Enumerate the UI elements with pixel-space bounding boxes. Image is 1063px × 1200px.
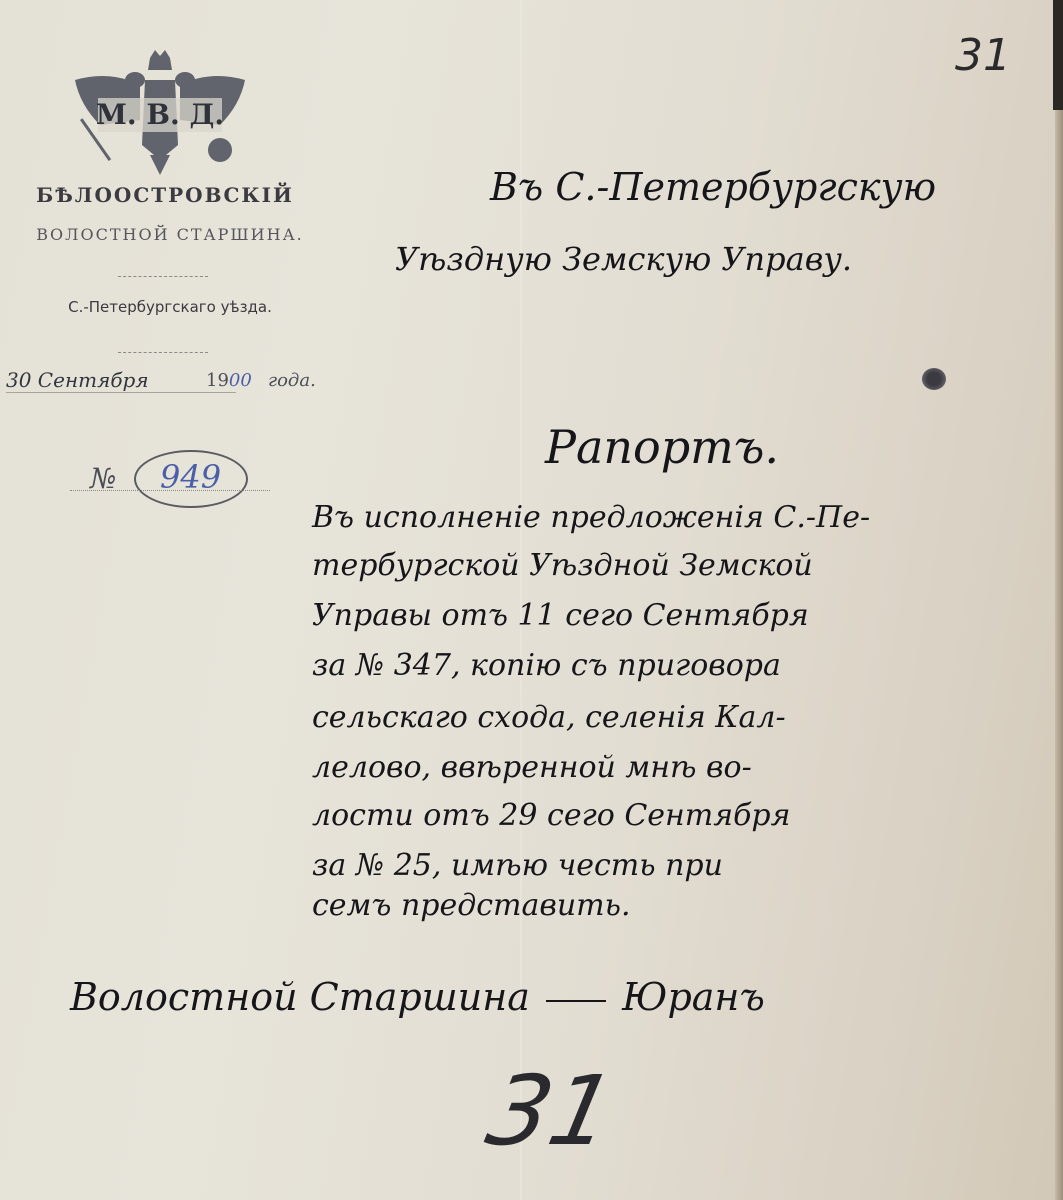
double-headed-eagle-icon: М. В. Д. xyxy=(60,50,260,180)
page-edge xyxy=(1055,0,1063,1200)
body-line: тербургской Уѣздной Земской xyxy=(312,548,813,583)
body-line: семъ представить. xyxy=(312,888,631,923)
body-line: сельскаго схода, селенія Кал- xyxy=(312,700,786,735)
body-line: за № 347, копію съ приговора xyxy=(312,648,781,683)
body-line: Управы отъ 11 сего Сентября xyxy=(312,598,809,633)
district-name: С.-Петербургскаго уѣзда. xyxy=(0,298,340,316)
divider xyxy=(118,276,208,277)
signature-dash xyxy=(546,1000,606,1002)
date-year: 1900 xyxy=(206,370,252,391)
ink-blot xyxy=(922,368,946,390)
date-underline xyxy=(6,392,236,393)
body-line: лелово, ввѣренной мнѣ во- xyxy=(312,750,752,785)
date-day-month: 30 Сентября xyxy=(6,368,149,392)
addressee-line-1: Въ С.-Петербургскую xyxy=(490,165,936,209)
folio-number-top: 31 xyxy=(955,30,1011,81)
document-page: 31 М. В. xyxy=(0,0,1063,1200)
page-edge-shadow xyxy=(1053,0,1063,110)
organization-subtitle: ВОЛОСТНОЙ СТАРШИНА. xyxy=(0,225,340,244)
date-line: 30 Сентября 1900 года. xyxy=(6,368,346,398)
document-title: Рапортъ. xyxy=(545,420,779,474)
svg-text:М. В. Д.: М. В. Д. xyxy=(96,98,224,131)
signature-name: Юранъ xyxy=(622,975,765,1019)
divider xyxy=(118,352,208,353)
folio-number-bottom: 31 xyxy=(478,1055,624,1167)
body-line: Въ исполненіе предложенія С.-Пе- xyxy=(312,500,870,535)
registration-number: № 949 xyxy=(90,450,250,506)
signature: Волостной Старшина Юранъ xyxy=(70,975,765,1019)
signature-title: Волостной Старшина xyxy=(70,975,530,1019)
organization-name: БѢЛООСТРОВСКІЙ xyxy=(0,183,330,207)
divider xyxy=(70,490,270,491)
body-line: лости отъ 29 сего Сентября xyxy=(312,798,791,833)
body-line: за № 25, имѣю честь при xyxy=(312,848,723,883)
date-suffix: года. xyxy=(268,370,316,391)
addressee-line-2: Уѣздную Земскую Управу. xyxy=(395,240,852,278)
